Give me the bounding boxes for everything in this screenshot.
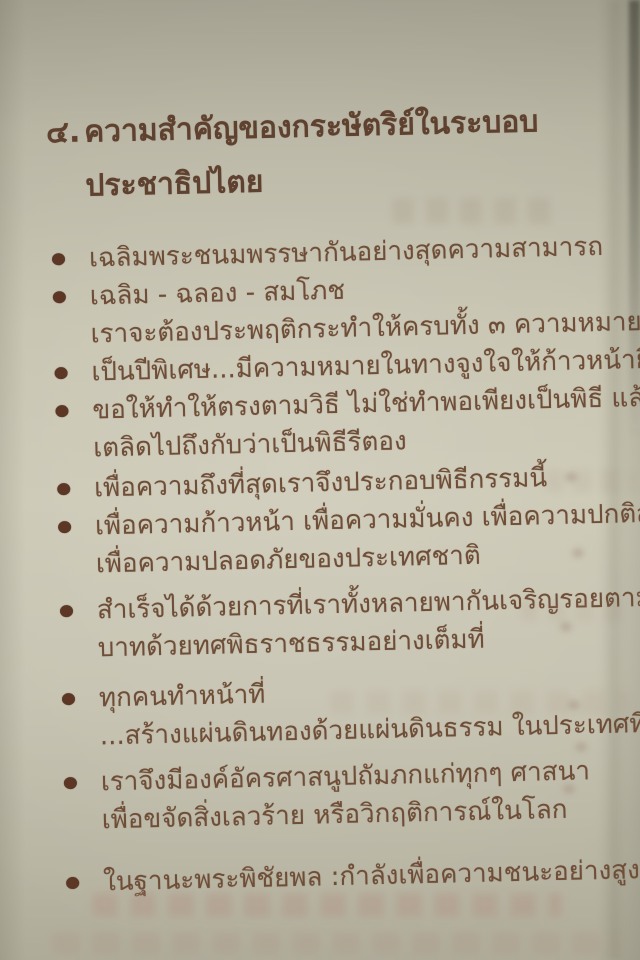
bullet-icon (51, 353, 92, 392)
heading-line-1: ความสำคัญของกระษัตริย์ในระบอบ (84, 95, 539, 159)
bullet-icon (54, 469, 95, 508)
page-curl-shadow (604, 0, 624, 960)
page-content: ๔. ความสำคัญของกระษัตริย์ในระบอบ ประชาธิ… (46, 94, 630, 903)
list-item: เพื่อความก้าวหน้า เพื่อความมั่นคง เพื่อค… (55, 496, 623, 585)
bullet-icon (55, 507, 97, 584)
item-line: ในฐานะพระพิชัยพล :กำลังเพื่อความชนะอย่าง… (103, 849, 640, 902)
bullet-list: เฉลิมพระชนมพรรษากันอย่างสุดความสามารถ เฉ… (49, 228, 630, 903)
list-item: ในฐานะพระพิชัยพล :กำลังเพื่อความชนะอย่าง… (63, 851, 630, 902)
bullet-icon (49, 278, 91, 355)
heading-number: ๔. (46, 106, 86, 215)
list-item: สำเร็จได้ด้วยการที่เราทั้งหลายพากันเจริญ… (57, 579, 625, 668)
list-item: เราจึงมีองค์อัครศาสนูปถัมภกแก่ทุกๆ ศาสนา… (60, 751, 628, 840)
bullet-icon (52, 391, 94, 468)
bullet-icon (60, 763, 102, 840)
book-page-photo: ๔. ความสำคัญของกระษัตริย์ในระบอบ ประชาธิ… (0, 0, 640, 960)
bullet-icon (59, 679, 101, 756)
bleedthrough-text (52, 932, 618, 954)
bullet-icon (63, 863, 104, 902)
page-heading: ๔. ความสำคัญของกระษัตริย์ในระบอบ ประชาธิ… (46, 94, 614, 215)
heading-text: ความสำคัญของกระษัตริย์ในระบอบ ประชาธิปไต… (84, 95, 541, 213)
heading-line-2: ประชาธิปไตย (85, 149, 540, 213)
bullet-icon (57, 591, 99, 668)
list-item: ทุกคนทำหน้าที่ ...สร้างแผ่นดินทองด้วยแผ่… (59, 667, 627, 756)
page-edge-shadow (629, 0, 640, 440)
list-item: เฉลิม - ฉลอง - สมโภช เราจะต้องประพฤติกระ… (49, 266, 617, 355)
list-item: ขอให้ทำให้ตรงตามวิธี ไม่ใช่ทำพอเพียงเป็น… (52, 380, 620, 469)
bullet-icon (49, 240, 90, 279)
